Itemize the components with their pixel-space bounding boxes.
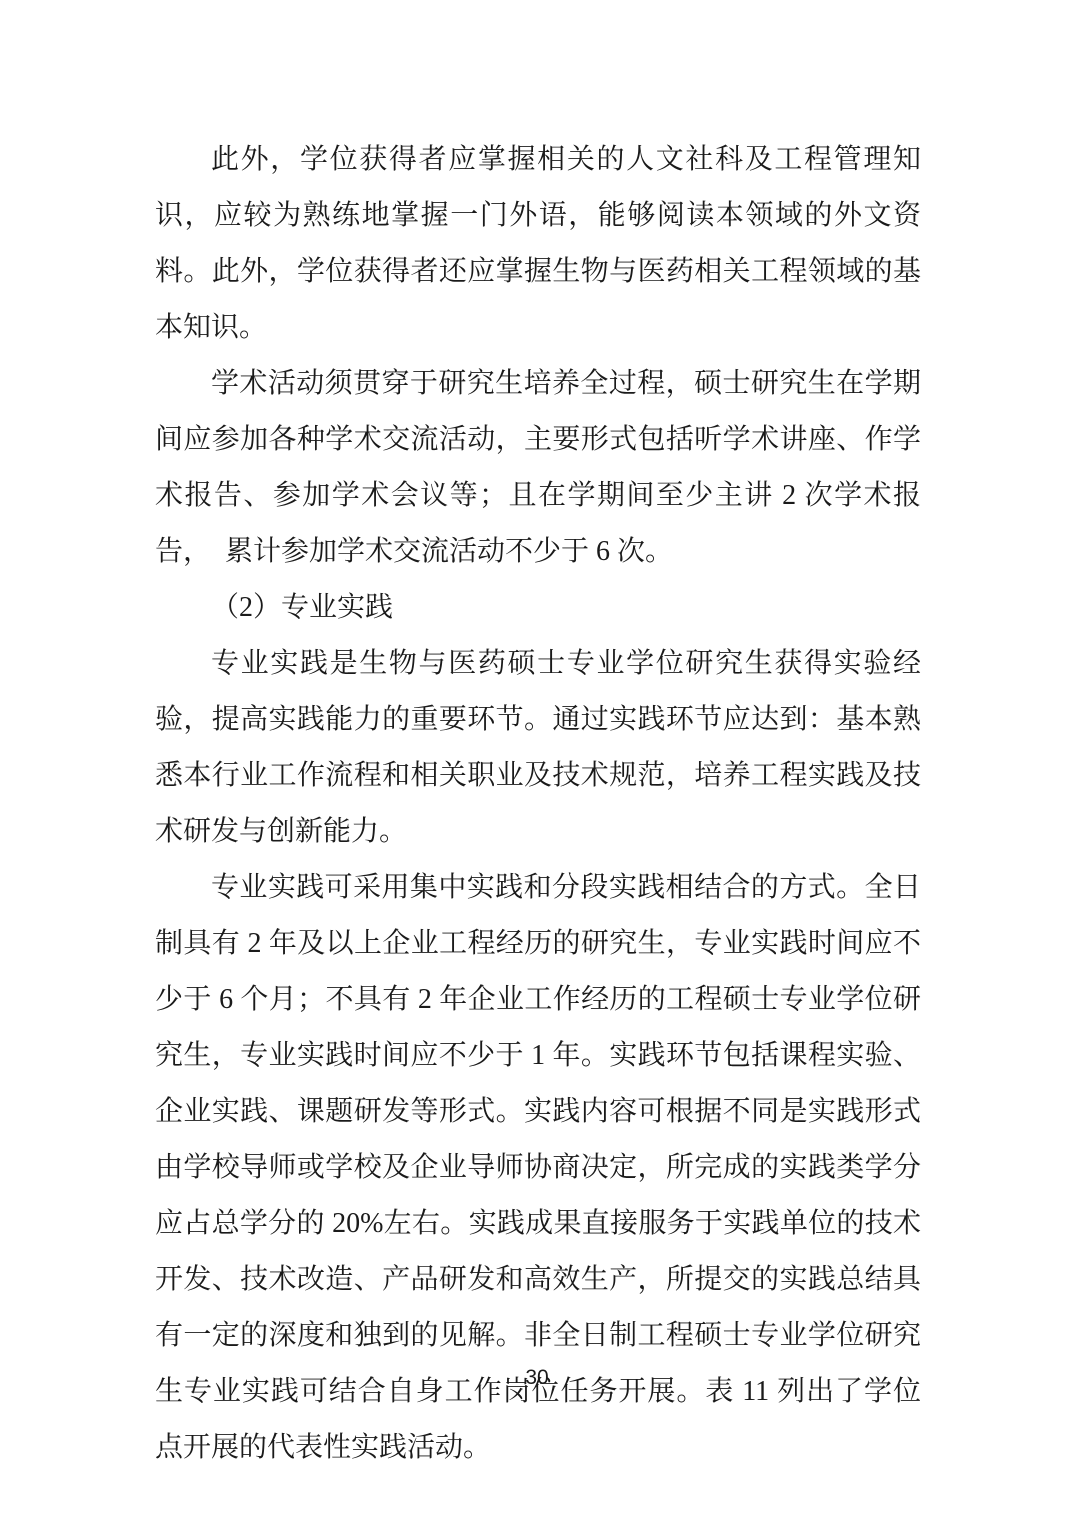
paragraph-knowledge-requirements: 此外，学位获得者应掌握相关的人文社科及工程管理知识，应较为熟练地掌握一门外语，能… xyxy=(155,132,921,356)
document-body: 此外，学位获得者应掌握相关的人文社科及工程管理知识，应较为熟练地掌握一门外语，能… xyxy=(155,132,921,1476)
section-heading-professional-practice: （2）专业实践 xyxy=(155,580,921,636)
paragraph-practice-purpose: 专业实践是生物与医药硕士专业学位研究生获得实验经验，提高实践能力的重要环节。通过… xyxy=(155,636,921,860)
page-number: 30 xyxy=(0,1366,1074,1390)
document-page: 此外，学位获得者应掌握相关的人文社科及工程管理知识，应较为熟练地掌握一门外语，能… xyxy=(0,0,1074,1520)
paragraph-academic-activities: 学术活动须贯穿于研究生培养全过程，硕士研究生在学期间应参加各种学术交流活动，主要… xyxy=(155,356,921,580)
